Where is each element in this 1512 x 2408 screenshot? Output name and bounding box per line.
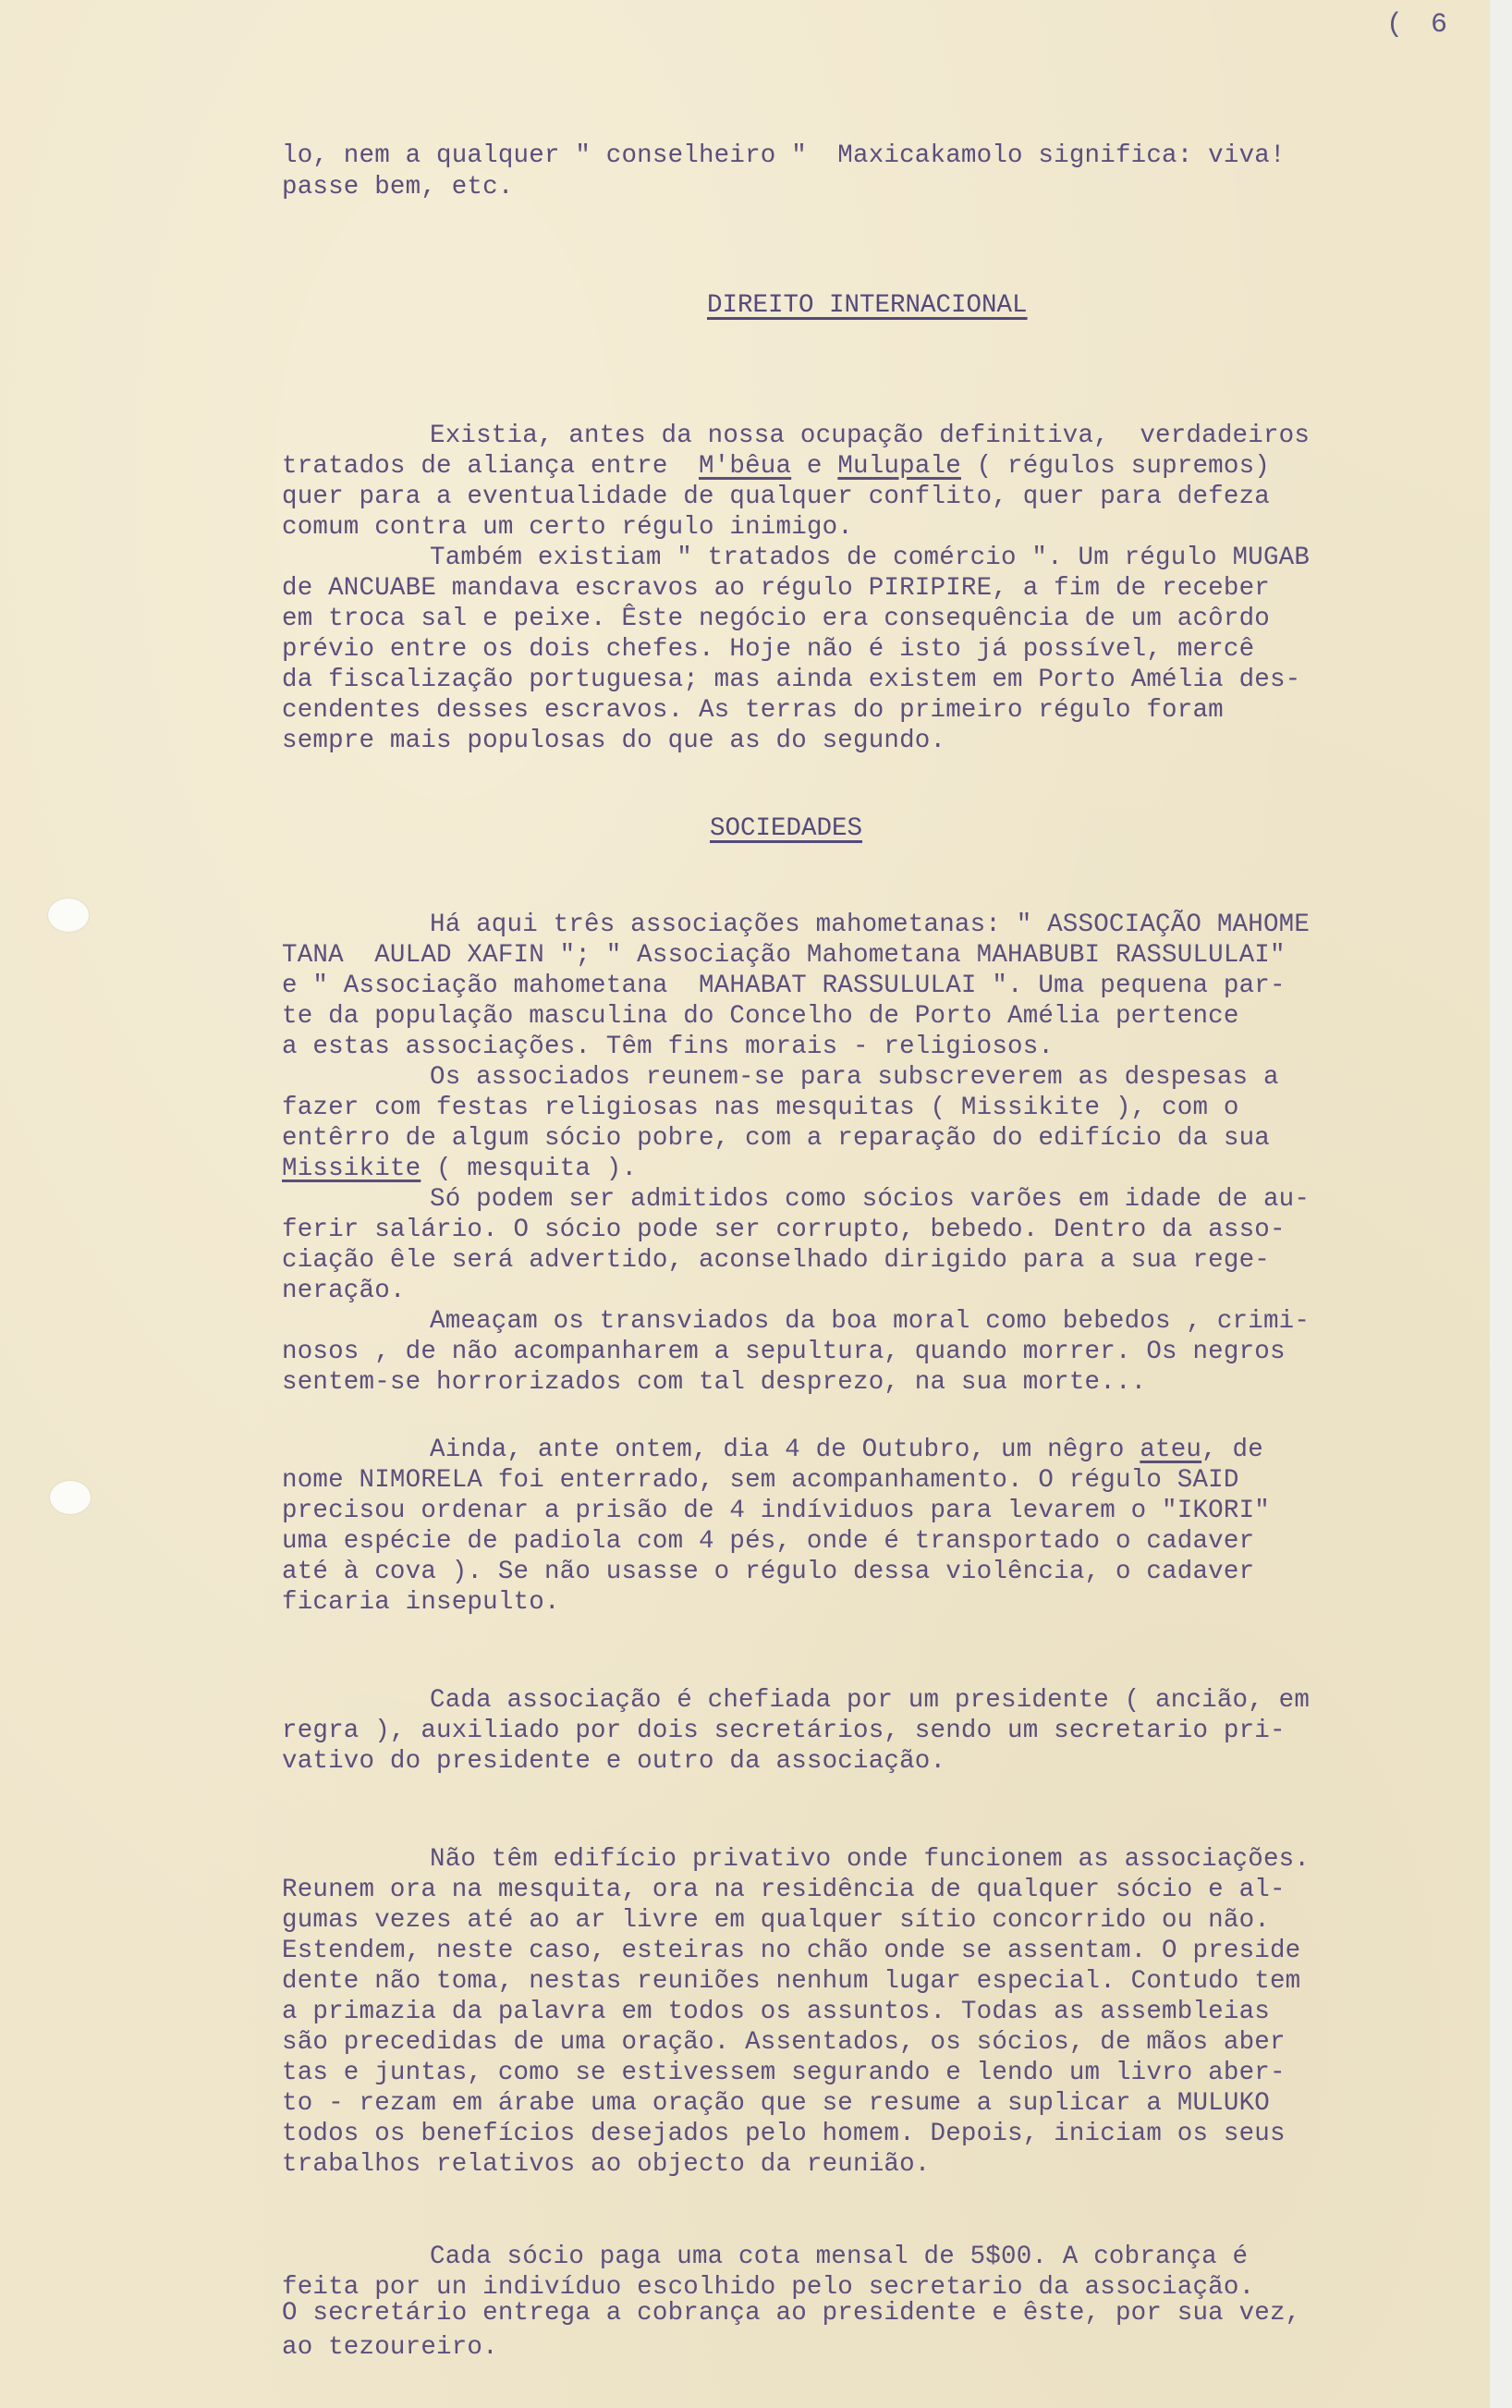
text-fragment: , de xyxy=(1201,1436,1263,1464)
text-line: são precedidas de uma oração. Assentados… xyxy=(282,2027,1286,2058)
text-line: ficaria insepulto. xyxy=(282,1587,560,1618)
text-line: até à cova ). Se não usasse o régulo des… xyxy=(282,1557,1254,1587)
text-line: nosos , de não acompanharem a sepultura,… xyxy=(282,1337,1286,1367)
section-heading-direito-internacional: DIREITO INTERNACIONAL xyxy=(707,290,1028,321)
underlined-term: Missikite xyxy=(282,1155,421,1183)
text-line: Ainda, ante ontem, dia 4 de Outubro, um … xyxy=(430,1435,1263,1465)
text-line: dente não toma, nestas reuniões nenhum l… xyxy=(282,1966,1300,1997)
text-line: ciação êle será advertido, aconselhado d… xyxy=(282,1245,1270,1276)
text-line: precisou ordenar a prisão de 4 indíviduo… xyxy=(282,1496,1270,1526)
text-line: lo, nem a qualquer " conselheiro " Maxic… xyxy=(282,141,1286,171)
text-line: e " Associação mahometana MAHABAT RASSUL… xyxy=(282,971,1286,1001)
text-fragment: Ainda, ante ontem, dia 4 de Outubro, um … xyxy=(430,1436,1140,1464)
text-line: nome NIMORELA foi enterrado, sem acompan… xyxy=(282,1465,1239,1496)
text-line: passe bem, etc. xyxy=(282,172,514,202)
text-line: Missikite ( mesquita ). xyxy=(282,1154,637,1184)
text-line: a primazia da palavra em todos os assunt… xyxy=(282,1997,1270,2027)
text-line: regra ), auxiliado por dois secretários,… xyxy=(282,1716,1286,1746)
text-line: Só podem ser admitidos como sócios varõe… xyxy=(430,1184,1310,1215)
text-line: fazer com festas religiosas nas mesquita… xyxy=(282,1093,1239,1123)
text-line: O secretário entrega a cobrança ao presi… xyxy=(282,2298,1300,2329)
text-line: Ameaçam os transviados da boa moral como… xyxy=(430,1306,1310,1337)
text-line: a estas associações. Têm fins morais - r… xyxy=(282,1032,1054,1062)
text-line: prévio entre os dois chefes. Hoje não é … xyxy=(282,634,1254,665)
text-line: sempre mais populosas do que as do segun… xyxy=(282,726,945,756)
text-line: cendentes desses escravos. As terras do … xyxy=(282,695,1224,726)
text-line: entêrro de algum sócio pobre, com a repa… xyxy=(282,1123,1270,1154)
underlined-name: M'bêua xyxy=(699,452,791,481)
text-line: to - rezam em árabe uma oração que se re… xyxy=(282,2088,1270,2119)
text-line: Estendem, neste caso, esteiras no chão o… xyxy=(282,1936,1300,1966)
text-line: em troca sal e peixe. Êste negócio era c… xyxy=(282,604,1270,634)
page-number: ( 6 xyxy=(1386,9,1453,41)
text-line: trabalhos relativos ao objecto da reuniã… xyxy=(282,2149,931,2180)
text-fragment: ( mesquita ). xyxy=(421,1155,637,1183)
text-line: quer para a eventualidade de qualquer co… xyxy=(282,482,1270,512)
text-line: Há aqui três associações mahometanas: " … xyxy=(430,910,1310,940)
text-line: sentem-se horrorizados com tal desprezo,… xyxy=(282,1367,1146,1398)
text-line: te da população masculina do Concelho de… xyxy=(282,1001,1239,1032)
underlined-term: ateu xyxy=(1140,1436,1201,1464)
text-line: Reunem ora na mesquita, ora na residênci… xyxy=(282,1875,1286,1905)
text-fragment: tratados de aliança entre xyxy=(282,452,699,481)
text-line: tratados de aliança entre M'bêua e Mulup… xyxy=(282,451,1270,482)
text-line: da fiscalização portuguesa; mas ainda ex… xyxy=(282,665,1300,695)
text-line: ao tezoureiro. xyxy=(282,2332,498,2363)
scan-margin xyxy=(1490,0,1512,2408)
text-line: gumas vezes até ao ar livre em qualquer … xyxy=(282,1905,1270,1936)
text-line: ferir salário. O sócio pode ser corrupto… xyxy=(282,1215,1286,1245)
text-line: todos os benefícios desejados pelo homem… xyxy=(282,2119,1286,2149)
text-line: Existia, antes da nossa ocupação definit… xyxy=(430,421,1310,451)
text-fragment: e xyxy=(791,452,837,481)
text-line: TANA AULAD XAFIN "; " Associação Mahomet… xyxy=(282,940,1286,971)
text-line: Cada associação é chefiada por um presid… xyxy=(430,1685,1310,1716)
text-line: neração. xyxy=(282,1276,406,1306)
text-line: vativo do presidente e outro da associaç… xyxy=(282,1746,945,1777)
text-fragment: ( régulos supremos) xyxy=(961,452,1270,481)
section-heading-sociedades: SOCIEDADES xyxy=(710,813,862,844)
text-line: comum contra um certo régulo inimigo. xyxy=(282,512,853,543)
punch-hole-top xyxy=(48,898,89,932)
text-line: Não têm edifício privativo onde funcione… xyxy=(430,1844,1310,1875)
text-line: tas e juntas, como se estivessem seguran… xyxy=(282,2058,1286,2088)
text-line: Os associados reunem-se para subscrevere… xyxy=(430,1062,1279,1093)
underlined-name: Mulupale xyxy=(837,452,961,481)
punch-hole-bottom xyxy=(50,1481,91,1514)
text-line: Cada sócio paga uma cota mensal de 5$00.… xyxy=(430,2242,1248,2272)
text-line: uma espécie de padiola com 4 pés, onde é… xyxy=(282,1526,1254,1557)
text-line: de ANCUABE mandava escravos ao régulo PI… xyxy=(282,573,1270,604)
text-line: Também existiam " tratados de comércio "… xyxy=(430,543,1310,573)
